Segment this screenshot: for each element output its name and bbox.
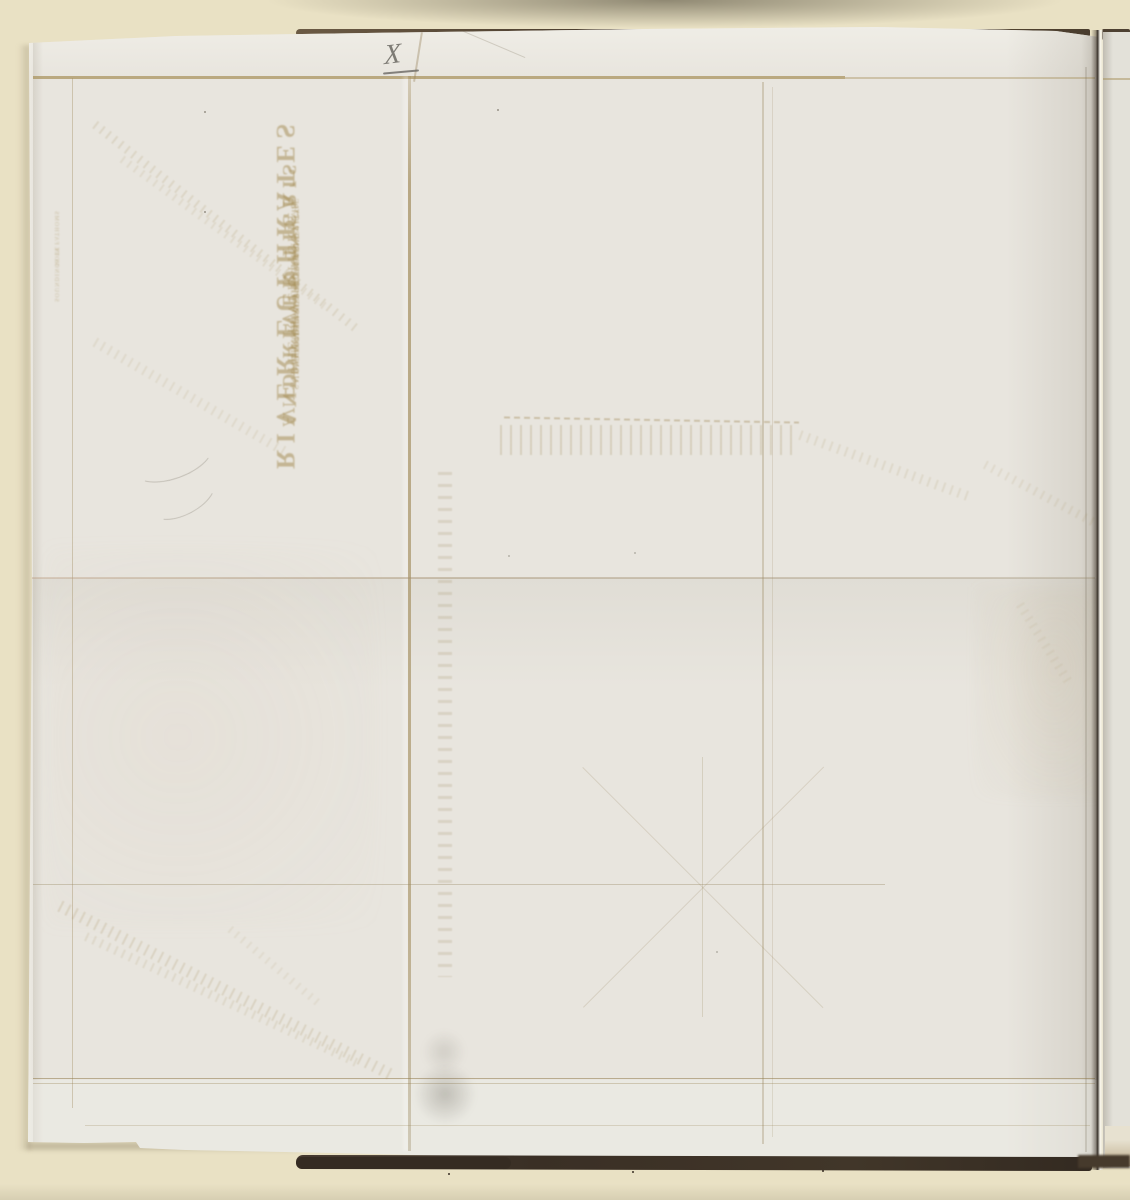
background-top-shade bbox=[240, 0, 1090, 30]
adjacent-page-edge bbox=[1103, 32, 1130, 1168]
bleed-hachure-ridge-row bbox=[500, 425, 800, 455]
page-bottom-zone-light bbox=[26, 1080, 1100, 1165]
edge-speck bbox=[632, 1171, 634, 1173]
book-edge-strip-bottom-left-blob bbox=[296, 1157, 511, 1169]
background-bottom-shade bbox=[0, 1184, 1130, 1200]
bleed-side-note-lines: SOUNDINGS IN FATHOMS NOTE bbox=[33, 200, 59, 312]
smudge-stain-tail bbox=[422, 1030, 466, 1074]
pencil-x-mark: X bbox=[384, 38, 402, 72]
bleed-hachure-right-a bbox=[798, 430, 971, 501]
gutter-seam bbox=[1091, 30, 1103, 1170]
page-shadow-left bbox=[18, 45, 30, 1150]
bleed-ridge-line bbox=[504, 416, 799, 423]
adjacent-page-gutter-shade bbox=[1103, 32, 1113, 1168]
edge-speck bbox=[822, 1170, 824, 1172]
main-page: RIVER EUPHRATES AND RIVER TIGRIS THE RIV… bbox=[26, 27, 1100, 1167]
paper-speck bbox=[716, 951, 718, 953]
bleed-line: NOTE bbox=[53, 246, 59, 266]
paper-speck bbox=[508, 555, 510, 557]
rule-top bbox=[33, 76, 845, 79]
edge-speck bbox=[448, 1173, 450, 1175]
bleed-border-bottom-3 bbox=[85, 1125, 1090, 1126]
adjacent-page-rule-top bbox=[1103, 78, 1130, 80]
paper-speck bbox=[204, 111, 206, 113]
fold-crease-horizontal-mid bbox=[31, 577, 1095, 579]
book-edge-shadow-bottom-right bbox=[1078, 1155, 1130, 1168]
bleed-hachure-river-band bbox=[438, 472, 452, 977]
bleed-side-note-block: SOUNDINGS IN FATHOMS NOTE bbox=[33, 200, 59, 312]
fold-crease-vertical-2 bbox=[762, 82, 764, 1144]
scanned-page-spread: RIVER EUPHRATES AND RIVER TIGRIS THE RIV… bbox=[0, 0, 1130, 1200]
page-top-margin-light bbox=[26, 27, 1100, 77]
rule-top-right bbox=[845, 77, 1095, 79]
crease-horizontal-lower bbox=[33, 884, 885, 885]
fold-crease-vertical-3 bbox=[1085, 67, 1087, 1152]
fold-crease-vertical-1 bbox=[408, 76, 411, 1151]
stain-left-tint bbox=[46, 547, 376, 927]
paper-speck bbox=[204, 211, 206, 213]
bleed-border-bottom-2 bbox=[33, 1083, 1095, 1084]
bleed-border-bottom-1 bbox=[33, 1078, 1095, 1079]
paper-speck bbox=[634, 552, 636, 554]
fold-crease-vertical-2b bbox=[772, 87, 773, 1137]
paper-speck bbox=[497, 109, 499, 111]
